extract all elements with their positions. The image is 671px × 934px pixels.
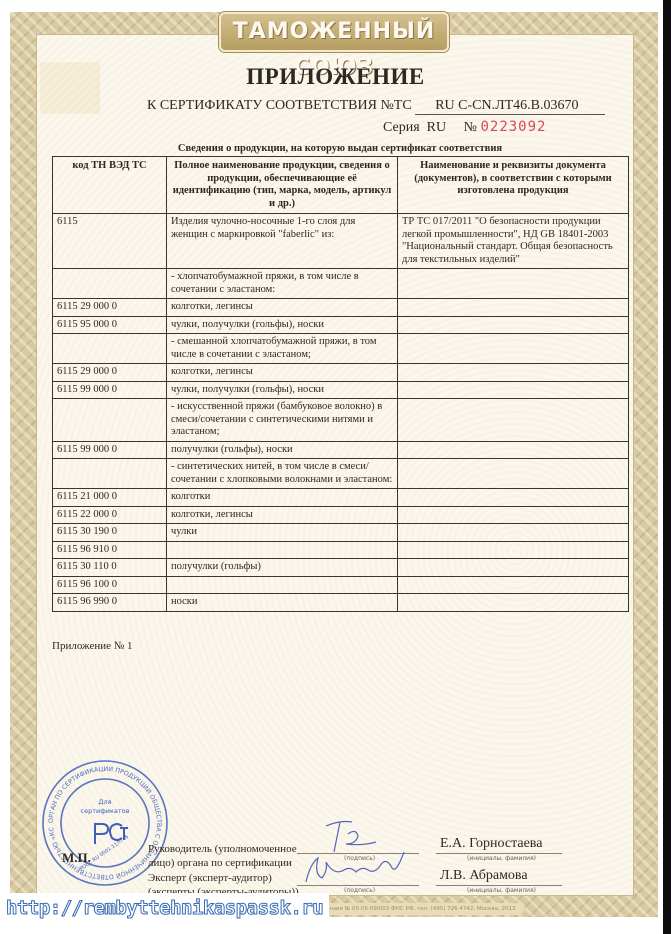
table-row: - хлопчатобумажной пряжи, в том числе в … (53, 269, 629, 299)
expert-signature (300, 848, 410, 890)
certificate-number: RU C-CN.ЛТ46.B.03670 (415, 98, 605, 115)
row-code: 6115 96 910 0 (53, 541, 167, 559)
row-product: колготки, легинсы (167, 299, 398, 317)
certificate-no-label: №ТС (380, 98, 411, 113)
head-name-line (436, 853, 562, 854)
row-product: колготки, легинсы (167, 364, 398, 382)
products-table: код ТН ВЭД ТС Полное наименование продук… (52, 156, 629, 612)
stamp-inner-middle: сертификатов (81, 807, 130, 815)
row-code: 6115 29 000 0 (53, 299, 167, 317)
table-row: - синтетических нитей, в том числе в сме… (53, 459, 629, 489)
row-product: - хлопчатобумажной пряжи, в том числе в … (167, 269, 398, 299)
stamp-ring-text: ОРГАН ПО СЕРТИФИКАЦИИ ПРОДУКЦИИ ОБЩЕСТВА… (40, 758, 162, 881)
expert-label-line1: Эксперт (эксперт-аудитор) (148, 871, 272, 885)
row-document: ТР ТС 017/2011 "О безопасности продукции… (398, 214, 629, 269)
row-product: - смешанной хлопчатобумажной пряжи, в то… (167, 334, 398, 364)
row-document (398, 489, 629, 507)
row-document (398, 334, 629, 364)
row-document (398, 399, 629, 442)
row-document (398, 381, 629, 399)
row-code: 6115 21 000 0 (53, 489, 167, 507)
row-product: получулки (гольфы) (167, 559, 398, 577)
row-code: 6115 30 110 0 (53, 559, 167, 577)
table-row: 6115 29 000 0колготки, легинсы (53, 299, 629, 317)
appendix-note: Приложение № 1 (52, 640, 133, 652)
table-row: 6115Изделия чулочно-носочные 1-го слоя д… (53, 214, 629, 269)
row-document (398, 459, 629, 489)
row-document (398, 524, 629, 542)
table-row: - смешанной хлопчатобумажной пряжи, в то… (53, 334, 629, 364)
table-row: 6115 30 190 0чулки (53, 524, 629, 542)
row-product (167, 576, 398, 594)
expert-name: Л.В. Абрамова (440, 868, 528, 884)
row-code: 6115 22 000 0 (53, 506, 167, 524)
table-row: 6115 21 000 0колготки (53, 489, 629, 507)
row-document (398, 576, 629, 594)
table-row: - искусственной пряжи (бамбуковое волокн… (53, 399, 629, 442)
row-document (398, 541, 629, 559)
head-name: Е.А. Горностаева (440, 836, 542, 852)
svg-text:ОРГАН ПО СЕРТИФИКАЦИИ ПРОДУКЦИ: ОРГАН ПО СЕРТИФИКАЦИИ ПРОДУКЦИИ ОБЩЕСТВА… (40, 758, 162, 881)
row-document (398, 364, 629, 382)
row-code (53, 399, 167, 442)
row-document (398, 441, 629, 459)
table-row: 6115 99 000 0чулки, получулки (гольфы), … (53, 381, 629, 399)
row-product: чулки, получулки (гольфы), носки (167, 381, 398, 399)
row-code (53, 334, 167, 364)
row-code: 6115 96 100 0 (53, 576, 167, 594)
row-product: колготки (167, 489, 398, 507)
column-header-document: Наименование и реквизиты документа (доку… (398, 157, 629, 214)
table-row: 6115 96 910 0 (53, 541, 629, 559)
row-product: носки (167, 594, 398, 612)
row-code (53, 269, 167, 299)
row-product: колготки, легинсы (167, 506, 398, 524)
seal-place-label: М.П. (62, 850, 91, 866)
row-product: - синтетических нитей, в том числе в сме… (167, 459, 398, 489)
row-product: чулки (167, 524, 398, 542)
row-document (398, 269, 629, 299)
row-code: 6115 30 190 0 (53, 524, 167, 542)
certificate-prefix: К СЕРТИФИКАТУ СООТВЕТСТВИЯ (147, 98, 377, 113)
row-code (53, 459, 167, 489)
expert-name-caption: (инициалы, фамилия) (467, 887, 536, 894)
column-header-code: код ТН ВЭД ТС (53, 157, 167, 214)
right-edge-bar (663, 0, 671, 934)
table-row: 6115 96 100 0 (53, 576, 629, 594)
row-product (167, 541, 398, 559)
table-row: 6115 99 000 0 получулки (гольфы), носки (53, 441, 629, 459)
table-row: 6115 30 110 0получулки (гольфы) (53, 559, 629, 577)
column-header-product: Полное наименование продукции, сведения … (167, 157, 398, 214)
series-value: RU (427, 120, 446, 135)
row-product: получулки (гольфы), носки (167, 441, 398, 459)
table-row: 6115 22 000 0колготки, легинсы (53, 506, 629, 524)
row-code: 6115 99 000 0 (53, 381, 167, 399)
table-row: 6115 29 000 0колготки, легинсы (53, 364, 629, 382)
row-product: чулки, получулки (гольфы), носки (167, 316, 398, 334)
row-code: 6115 95 000 0 (53, 316, 167, 334)
head-label-line2: лицо) органа по сертификации (148, 856, 292, 870)
serial-number: 0223092 (480, 119, 546, 135)
row-document (398, 559, 629, 577)
customs-union-banner: ТАМОЖЕННЫЙ СОЮЗ (219, 12, 449, 52)
expert-name-line (436, 885, 562, 886)
table-body: 6115Изделия чулочно-носочные 1-го слоя д… (53, 214, 629, 612)
table-row: 6115 95 000 0 чулки, получулки (гольфы),… (53, 316, 629, 334)
series-label: Серия (383, 120, 420, 135)
head-label-line1: Руководитель (уполномоченное (148, 842, 297, 856)
series-line: Серия RU № 0223092 (383, 119, 546, 136)
row-document (398, 506, 629, 524)
table-caption: Сведения о продукции, на которую выдан с… (0, 143, 671, 154)
page-title: ПРИЛОЖЕНИЕ (0, 64, 671, 90)
row-code: 6115 96 990 0 (53, 594, 167, 612)
certificate-number-line: К СЕРТИФИКАТУ СООТВЕТСТВИЯ №ТС RU C-CN.Л… (147, 98, 605, 115)
serial-no-label: № (464, 120, 477, 135)
footer-microtext: Лицензия № 05-05-09/003 ФНС РФ, тел. (49… (306, 903, 524, 915)
row-document (398, 316, 629, 334)
watermark-url: http://rembyttehnikaspassk.ru (0, 893, 329, 923)
table-header-row: код ТН ВЭД ТС Полное наименование продук… (53, 157, 629, 214)
table-row: 6115 96 990 0носки (53, 594, 629, 612)
row-code: 6115 29 000 0 (53, 364, 167, 382)
stamp-inner-top: Для (98, 798, 111, 806)
row-document (398, 299, 629, 317)
row-code: 6115 (53, 214, 167, 269)
row-code: 6115 99 000 0 (53, 441, 167, 459)
row-product: - искусственной пряжи (бамбуковое волокн… (167, 399, 398, 442)
row-product: Изделия чулочно-носочные 1-го слоя для ж… (167, 214, 398, 269)
row-document (398, 594, 629, 612)
head-name-caption: (инициалы, фамилия) (467, 855, 536, 862)
